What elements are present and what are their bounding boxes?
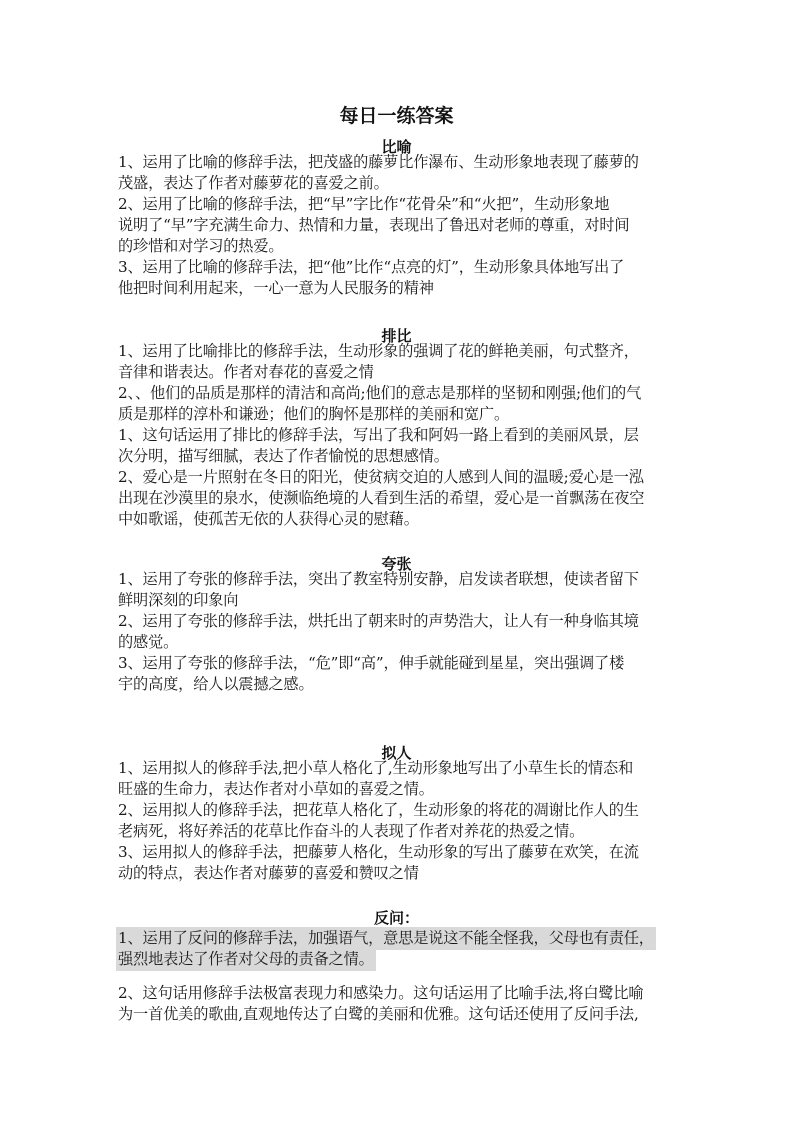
section-heading-rhetorical-question: 反问：: [0, 908, 793, 928]
text-line: 的珍惜和对学习的热爱。: [118, 236, 686, 257]
paragraph: 2、爱心是一片照射在冬日的阳光，使贫病交迫的人感到人间的温暖;爱心是一泓 出现在…: [118, 467, 686, 530]
text-line: 他把时间利用起来，一心一意为人民服务的精神: [118, 278, 686, 299]
text-line: 3、运用了夸张的修辞手法，“危”即“高”，伸手就能碰到星星，突出强调了楼: [118, 653, 686, 674]
paragraph: 1、这句话运用了排比的修辞手法，写出了我和阿妈一路上看到的美丽风景，层 次分明，…: [118, 425, 686, 467]
text-line-wrap: 1、运用了反问的修辞手法，加强语气，意思是说这不能全怪我，父母也有责任，: [116, 928, 684, 949]
text-line: 3、运用了比喻的修辞手法，把“他”比作“点亮的灯”，生动形象具体地写出了: [118, 257, 686, 278]
text-line: 说明了“早”字充满生命力、热情和力量，表现出了鲁迅对老师的尊重，对时间: [118, 215, 686, 236]
text-line: 2、运用了夸张的修辞手法，烘托出了朝来时的声势浩大，让人有一种身临其境: [118, 611, 686, 632]
text-line: 强烈地表达了作者对父母的责备之情。: [116, 948, 376, 971]
text-line: 老病死，将好养活的花草比作奋斗的人表现了作者对养花的热爱之情。: [118, 821, 686, 842]
text-line: 宇的高度，给人以震撼之感。: [118, 674, 686, 695]
text-line: 2、运用了比喻的修辞手法，把“早”字比作“花骨朵”和“火把”，生动形象地: [118, 194, 686, 215]
paragraph: 3、运用了夸张的修辞手法，“危”即“高”，伸手就能碰到星星，突出强调了楼 宇的高…: [118, 653, 686, 695]
text-line: 的感觉。: [118, 632, 686, 653]
text-line: 2、爱心是一片照射在冬日的阳光，使贫病交迫的人感到人间的温暖;爱心是一泓: [118, 467, 686, 488]
text-line: 茂盛，表达了作者对藤萝花的喜爱之前。: [118, 173, 686, 194]
paragraph: 1、运用了比喻的修辞手法，把茂盛的藤萝比作瀑布、生动形象地表现了藤萝的 茂盛，表…: [118, 152, 686, 194]
text-line: 为一首优美的歌曲,直观地传达了白鹭的美丽和优雅。这句话还使用了反问手法,: [118, 1004, 686, 1025]
paragraph: 3、运用了比喻的修辞手法，把“他”比作“点亮的灯”，生动形象具体地写出了 他把时…: [118, 257, 686, 299]
text-line: 次分明，描写细腻，表达了作者愉悦的思想感情。: [118, 446, 686, 467]
text-line: 音律和谐表达。作者对春花的喜爱之情: [118, 362, 686, 383]
text-line: 2、运用拟人的修辞手法，把花草人格化了，生动形象的将花的凋谢比作人的生: [118, 800, 686, 821]
text-line: 旺盛的生命力，表达作者对小草如的喜爱之情。: [118, 779, 686, 800]
text-line: 出现在沙漠里的泉水，使濒临绝境的人看到生活的希望，爱心是一首飘荡在夜空: [118, 488, 686, 509]
text-line: 1、运用拟人的修辞手法,把小草人格化了,生动形象地写出了小草生长的情态和: [118, 758, 686, 779]
text-line: 1、运用了夸张的修辞手法，突出了教室特别安静，启发读者联想，使读者留下: [118, 569, 686, 590]
paragraph: 2、这句话用修辞手法极富表现力和感染力。这句话运用了比喻手法,将白鹭比喻 为一首…: [118, 983, 686, 1025]
paragraph: 2、运用了夸张的修辞手法，烘托出了朝来时的声势浩大，让人有一种身临其境 的感觉。: [118, 611, 686, 653]
text-line: 1、运用了比喻排比的修辞手法，生动形象的强调了花的鲜艳美丽，句式整齐，: [118, 341, 686, 362]
text-line: 鲜明深刻的印象向: [118, 590, 686, 611]
highlighted-paragraph: 1、运用了反问的修辞手法，加强语气，意思是说这不能全怪我，父母也有责任， 强烈地…: [116, 928, 684, 970]
paragraph: 2、运用拟人的修辞手法，把花草人格化了，生动形象的将花的凋谢比作人的生 老病死，…: [118, 800, 686, 842]
text-line: 3、运用拟人的修辞手法，把藤萝人格化，生动形象的写出了藤萝在欢笑，在流: [118, 842, 686, 863]
text-line-wrap: 强烈地表达了作者对父母的责备之情。: [116, 949, 684, 970]
text-line: 2、、他们的品质是那样的清洁和高尚;他们的意志是那样的坚韧和刚强;他们的气: [118, 383, 686, 404]
text-line: 1、运用了反问的修辞手法，加强语气，意思是说这不能全怪我，父母也有责任，: [116, 927, 656, 950]
paragraph: 1、运用了比喻排比的修辞手法，生动形象的强调了花的鲜艳美丽，句式整齐， 音律和谐…: [118, 341, 686, 383]
paragraph: 3、运用拟人的修辞手法，把藤萝人格化，生动形象的写出了藤萝在欢笑，在流 动的特点…: [118, 842, 686, 884]
text-line: 中如歌谣，使孤苦无依的人获得心灵的慰藉。: [118, 509, 686, 530]
paragraph: 2、运用了比喻的修辞手法，把“早”字比作“花骨朵”和“火把”，生动形象地 说明了…: [118, 194, 686, 257]
paragraph: 1、运用拟人的修辞手法,把小草人格化了,生动形象地写出了小草生长的情态和 旺盛的…: [118, 758, 686, 800]
text-line: 动的特点，表达作者对藤萝的喜爱和赞叹之情: [118, 863, 686, 884]
paragraph: 2、、他们的品质是那样的清洁和高尚;他们的意志是那样的坚韧和刚强;他们的气 质是…: [118, 383, 686, 425]
text-line: 2、这句话用修辞手法极富表现力和感染力。这句话运用了比喻手法,将白鹭比喻: [118, 983, 686, 1004]
text-line: 质是那样的淳朴和谦逊；他们的胸怀是那样的美丽和宽广。: [118, 404, 686, 425]
document-page: 每日一练答案 比喻 1、运用了比喻的修辞手法，把茂盛的藤萝比作瀑布、生动形象地表…: [0, 0, 793, 1122]
paragraph: 1、运用了夸张的修辞手法，突出了教室特别安静，启发读者联想，使读者留下 鲜明深刻…: [118, 569, 686, 611]
text-line: 1、这句话运用了排比的修辞手法，写出了我和阿妈一路上看到的美丽风景，层: [118, 425, 686, 446]
text-line: 1、运用了比喻的修辞手法，把茂盛的藤萝比作瀑布、生动形象地表现了藤萝的: [118, 152, 686, 173]
page-title: 每日一练答案: [0, 104, 793, 128]
